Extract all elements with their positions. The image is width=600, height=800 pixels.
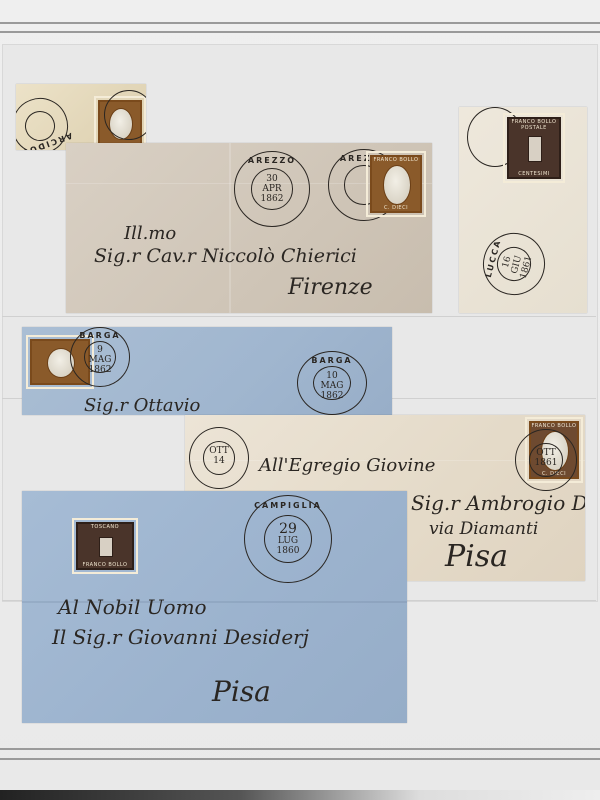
- fragment-lucca: FRANCO BOLLO POSTALE CENTESIMI LUCCA 16 …: [459, 107, 587, 313]
- postmark-arezzo-30-apr: AREZZO 30 APR 1862: [234, 151, 310, 227]
- postmark-town: AREZZO: [235, 156, 309, 165]
- postmark-campiglia-29-lug: CAMPIGLIA 29 LUG 1860: [244, 495, 332, 583]
- postmark-barga-9-mag: BARGA 9 MAG 1862: [70, 327, 130, 387]
- photo-bottom-edge: [0, 790, 600, 800]
- album-page: ARCIDOSSO AREZZO 30 APR 1862 AREZZO FRAN…: [0, 0, 600, 800]
- address-line-1: Ill.mo: [124, 223, 176, 244]
- address-line-1: Sig.r Ottavio: [84, 395, 200, 415]
- address-line-3: Firenze: [288, 275, 373, 300]
- postmark-date: 30 APR 1862: [235, 174, 309, 204]
- fragment-arcidosso: ARCIDOSSO: [16, 84, 146, 150]
- postmark-ponte-a-moriano-left: OTT 14: [189, 427, 249, 489]
- cover-arezzo-firenze: AREZZO 30 APR 1862 AREZZO FRANCO BOLLO C…: [66, 143, 432, 313]
- album-bottom-rule-2: [0, 758, 600, 760]
- address-line-2: Sig.r Ambrogio Desiderj: [411, 491, 585, 515]
- stamp-tuscany-provisional: TOSCANO FRANCO BOLLO: [72, 518, 138, 574]
- strip-divider-1: [2, 316, 596, 317]
- album-top-rule-2: [0, 31, 600, 33]
- postmark-arcidosso: ARCIDOSSO: [16, 90, 76, 150]
- stamp-sardinia-10c: FRANCO BOLLO C. DIECI: [366, 151, 426, 217]
- fragment-barga: BARGA 9 MAG 1862 BARGA 10 MAG 1862 Sig.r…: [22, 327, 392, 415]
- address-line-3: via Diamanti: [429, 519, 538, 539]
- stamp-tuscany-provisional: FRANCO BOLLO POSTALE CENTESIMI: [503, 113, 565, 183]
- address-line-1: Al Nobil Uomo: [58, 595, 207, 619]
- address-line-4: Pisa: [445, 539, 508, 574]
- postmark-barga-10-mag: BARGA 10 MAG 1862: [297, 351, 367, 415]
- address-line-1: All'Egregio Giovine: [259, 455, 435, 476]
- address-line-3: Pisa: [212, 675, 271, 708]
- address-line-2: Sig.r Cav.r Niccolò Chierici: [94, 245, 357, 267]
- postmark-arcidosso-on-stamp: [104, 90, 146, 140]
- address-line-2: Il Sig.r Giovanni Desiderj: [52, 625, 309, 649]
- cover-campiglia-pisa: TOSCANO FRANCO BOLLO CAMPIGLIA 29 LUG 18…: [22, 491, 407, 723]
- postmark-lucca-16-giu: LUCCA 16 GIU 1861: [476, 226, 552, 302]
- postmark-ponte-a-moriano-right: OTT 1861: [515, 429, 577, 491]
- album-top-rule-1: [0, 22, 600, 24]
- album-bottom-rule-1: [0, 748, 600, 750]
